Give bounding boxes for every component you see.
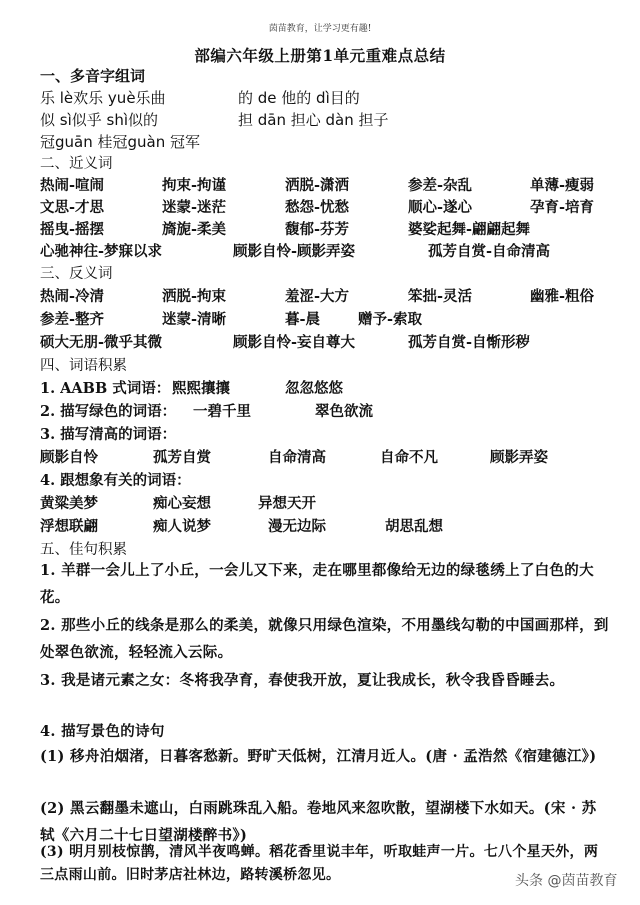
polyphone-item: 似 sì似乎 shì似的 [40,110,158,130]
section-heading-vocabulary: 四、词语积累 [40,356,127,376]
synonym-pair: 文思-才思 [40,198,104,218]
antonym-pair: 暮-晨 [285,310,320,330]
vocab-label: 1. AABB 式词语： [40,379,170,399]
synonym-pair: 迷蒙-迷茫 [162,198,226,218]
synonym-pair: 洒脱-潇洒 [285,176,349,196]
vocab-word: 漫无边际 [268,517,326,537]
vocab-word: 自命清高 [268,448,326,468]
watermark: 头条 @茵苗教育 [515,870,617,890]
synonym-pair: 热闹-喧闹 [40,176,104,196]
section-heading-polyphonic: 一、多音字组词 [40,66,145,86]
vocab-imagination-label: 4. 跟想象有关的词语： [40,471,191,491]
vocab-word: 痴人说梦 [153,517,211,537]
vocab-word: 忽忽悠悠 [285,379,343,399]
antonym-pair: 赠予-索取 [358,310,422,330]
section-heading-synonyms: 二、近义词 [40,154,113,174]
sentence-2: 2. 那些小丘的线条是那么的柔美，就像只用绿色渲染，不用墨线勾勒的中国画那样，到… [40,612,610,666]
sentence-1: 1. 羊群一会儿上了小丘，一会儿又下来，走在哪里都像给无边的绿毯绣上了白色的大花… [40,557,610,611]
header-note: 茵苗教育，让学习更有趣! [0,21,640,34]
polyphone-item: 担 dān 担心 dàn 担子 [238,110,389,130]
section-heading-antonyms: 三、反义词 [40,264,113,284]
antonym-pair: 顾影自怜-妄自尊大 [233,333,355,353]
synonym-pair: 心驰神往-梦寐以求 [40,242,162,262]
vocab-word: 一碧千里 [193,402,251,422]
antonym-pair: 热闹-冷清 [40,287,104,307]
synonym-pair: 顺心-遂心 [408,198,472,218]
polyphone-item: 的 de 他的 dì目的 [238,88,360,108]
page-title: 部编六年级上册第1单元重难点总结 [0,44,640,66]
antonym-pair: 幽雅-粗俗 [530,287,594,307]
synonym-pair: 馥郁-芬芳 [285,220,349,240]
antonym-pair: 孤芳自赏-自惭形秽 [408,333,530,353]
antonym-pair: 硕大无朋-微乎其微 [40,333,162,353]
synonym-pair: 婆娑起舞-翩翩起舞 [408,220,530,240]
antonym-pair: 洒脱-拘束 [162,287,226,307]
antonym-pair: 迷蒙-清晰 [162,310,226,330]
vocab-label: 2. 描写绿色的词语： [40,402,176,422]
vocab-word: 顾影弄姿 [490,448,548,468]
synonym-pair: 参差-杂乱 [408,176,472,196]
vocab-word: 黄粱美梦 [40,494,98,514]
vocab-word: 自命不凡 [380,448,438,468]
poems-heading: 4. 描写景色的诗句 [40,718,610,745]
synonym-pair: 愁怨-忧愁 [285,198,349,218]
vocab-word: 熙熙攘攘 [172,379,230,399]
synonym-pair: 拘束-拘谨 [162,176,226,196]
vocab-noble-label: 3. 描写清高的词语： [40,425,176,445]
vocab-word: 翠色欲流 [315,402,373,422]
vocab-word: 异想天开 [258,494,316,514]
antonym-pair: 羞涩-大方 [285,287,349,307]
synonym-pair: 单薄-瘦弱 [530,176,594,196]
vocab-word: 胡思乱想 [385,517,443,537]
synonym-pair: 顾影自怜-顾影弄姿 [233,242,355,262]
vocab-word: 顾影自怜 [40,448,98,468]
polyphone-item: 冠guān 桂冠guàn 冠军 [40,132,200,152]
polyphone-item: 乐 lè欢乐 yuè乐曲 [40,88,166,108]
sentence-3: 3. 我是诸元素之女：冬将我孕育，春使我开放，夏让我成长，秋令我昏昏睡去。 [40,667,610,694]
synonym-pair: 摇曳-摇摆 [40,220,104,240]
synonym-pair: 孕育-培育 [530,198,594,218]
vocab-word: 浮想联翩 [40,517,98,537]
poem-1: (1) 移舟泊烟渚，日暮客愁新。野旷天低树，江清月近人。(唐 · 孟浩然《宿建德… [40,743,610,770]
vocab-word: 孤芳自赏 [153,448,211,468]
synonym-pair: 孤芳自赏-自命清高 [428,242,550,262]
vocab-word: 痴心妄想 [153,494,211,514]
antonym-pair: 参差-整齐 [40,310,104,330]
antonym-pair: 笨拙-灵活 [408,287,472,307]
synonym-pair: 旖旎-柔美 [162,220,226,240]
